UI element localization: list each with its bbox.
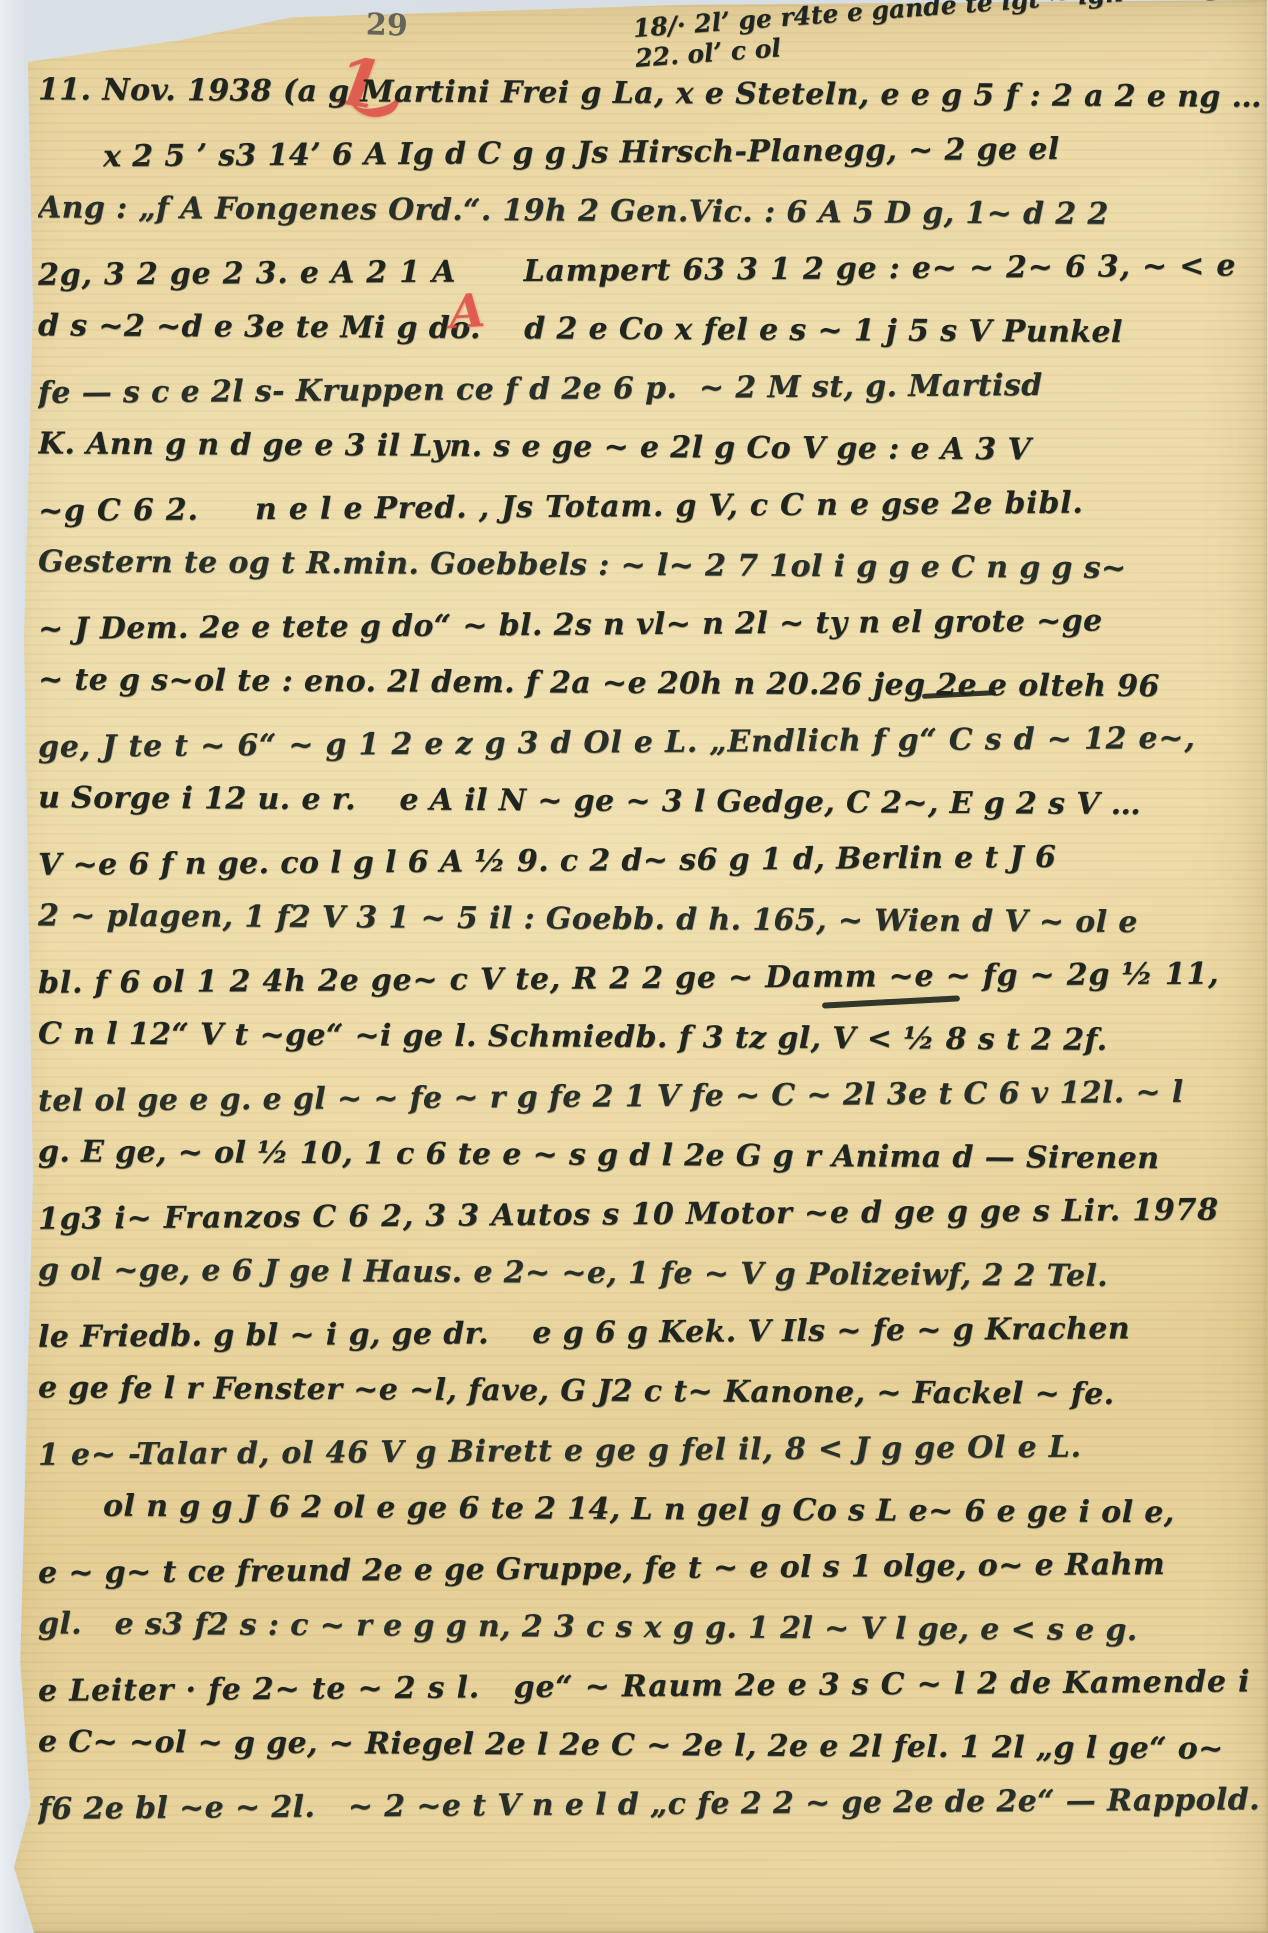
handwriting-line: ~ J Dem. 2e e tete g do“ ~ bl. 2s n vl~ … <box>38 590 1260 659</box>
handwriting-line: ~g C 6 2. n e l e Pred. , Js Totam. g V,… <box>38 472 1260 541</box>
handwriting-line: bl. f 6 ol 1 2 4h 2e ge~ c V te, R 2 2 g… <box>38 944 1260 1013</box>
handwriting-line: e C~ ~ol ~ g ge, ~ Riegel 2e l 2e C ~ 2e… <box>38 1712 1260 1778</box>
scanned-diary-page: { "document": { "description": "Handwrit… <box>0 0 1268 1933</box>
handwriting-line: e Leiter · fe 2~ te ~ 2 s l. ge“ ~ Raum … <box>38 1652 1260 1721</box>
handwriting-line-last: f6 2e bl ~e ~ 2l. ~ 2 ~e t V n e l d „c … <box>38 1770 1260 1839</box>
handwriting-line: gl. e s3 f2 s : c ~ r e g g n, 2 3 c s x… <box>38 1594 1260 1660</box>
handwriting-line-gestern: Gestern te og t R.min. Goebbels : ~ l~ 2… <box>38 532 1260 598</box>
handwriting-line: le Friedb. g bl ~ i g, ge dr. e g 6 g Ke… <box>38 1298 1260 1367</box>
handwriting-line: ol n g g J 6 2 ol e ge 6 te 2 14, L n ge… <box>38 1476 1260 1542</box>
handwriting-line: ~ te g s~ol te : eno. 2l dem. f 2a ~e 20… <box>38 650 1260 716</box>
handwriting-line: g. E ge, ~ ol ½ 10, 1 c 6 te e ~ s g d l… <box>38 1122 1260 1188</box>
handwriting-line: g ol ~ge, e 6 J ge l Haus. e 2~ ~e, 1 fe… <box>38 1240 1260 1306</box>
red-crayon-letter: A <box>447 287 486 335</box>
handwriting-line: d s ~2 ~d e 3e te Mi g do. d 2 e Co x fe… <box>38 296 1260 362</box>
handwriting-line: tel ol ge e g. e gl ~ ~ fe ~ r g fe 2 1 … <box>38 1062 1260 1131</box>
handwriting-line: Ang : „f A Fongenes Ord.“. 19h 2 Gen.Vic… <box>38 178 1260 244</box>
handwriting-line: e ge fe l r Fenster ~e ~l, fave, G J2 c … <box>38 1358 1260 1424</box>
handwriting-line: 1g3 i~ Franzos C 6 2, 3 3 Autos s 10 Mot… <box>38 1180 1260 1249</box>
handwriting-line: 1 e~ -Talar d, ol 46 V g Birett e ge g f… <box>38 1416 1260 1485</box>
handwriting-body: 11. Nov. 1938 (a g Martini Frei g La, x … <box>38 64 1260 1924</box>
handwriting-line: x 2 5 ʼ s3 14ʼ 6 A Ig d C g g Js Hirsch-… <box>38 118 1260 187</box>
handwriting-line: C n l 12“ V t ~ge“ ~i ge l. Schmiedb. f … <box>38 1004 1260 1070</box>
handwriting-line: fe — s c e 2l s- Kruppen ce f d 2e 6 p. … <box>38 354 1260 423</box>
handwriting-line: u Sorge i 12 u. e r. e A il N ~ ge ~ 3 l… <box>38 768 1260 834</box>
handwriting-line-date: 11. Nov. 1938 (a g Martini Frei g La, x … <box>38 64 1260 127</box>
handwriting-line: ge, J te t ~ 6“ ~ g 1 2 e z g 3 d Ol e L… <box>38 708 1260 777</box>
pencil-page-number: 29 <box>365 7 408 43</box>
handwriting-line: V ~e 6 f n ge. co l g l 6 A ½ 9. c 2 d~ … <box>38 826 1260 895</box>
handwriting-line: 2g, 3 2 ge 2 3. e A 2 1 A Lampert 63 3 1… <box>38 236 1260 305</box>
handwriting-line: K. Ann g n d ge e 3 il Lyn. s e ge ~ e 2… <box>38 414 1260 480</box>
handwriting-line: e ~ g~ t ce freund 2e e ge Gruppe, fe t … <box>38 1534 1260 1603</box>
handwriting-line: 2 ~ plagen, 1 f2 V 3 1 ~ 5 il : Goebb. d… <box>38 886 1260 952</box>
